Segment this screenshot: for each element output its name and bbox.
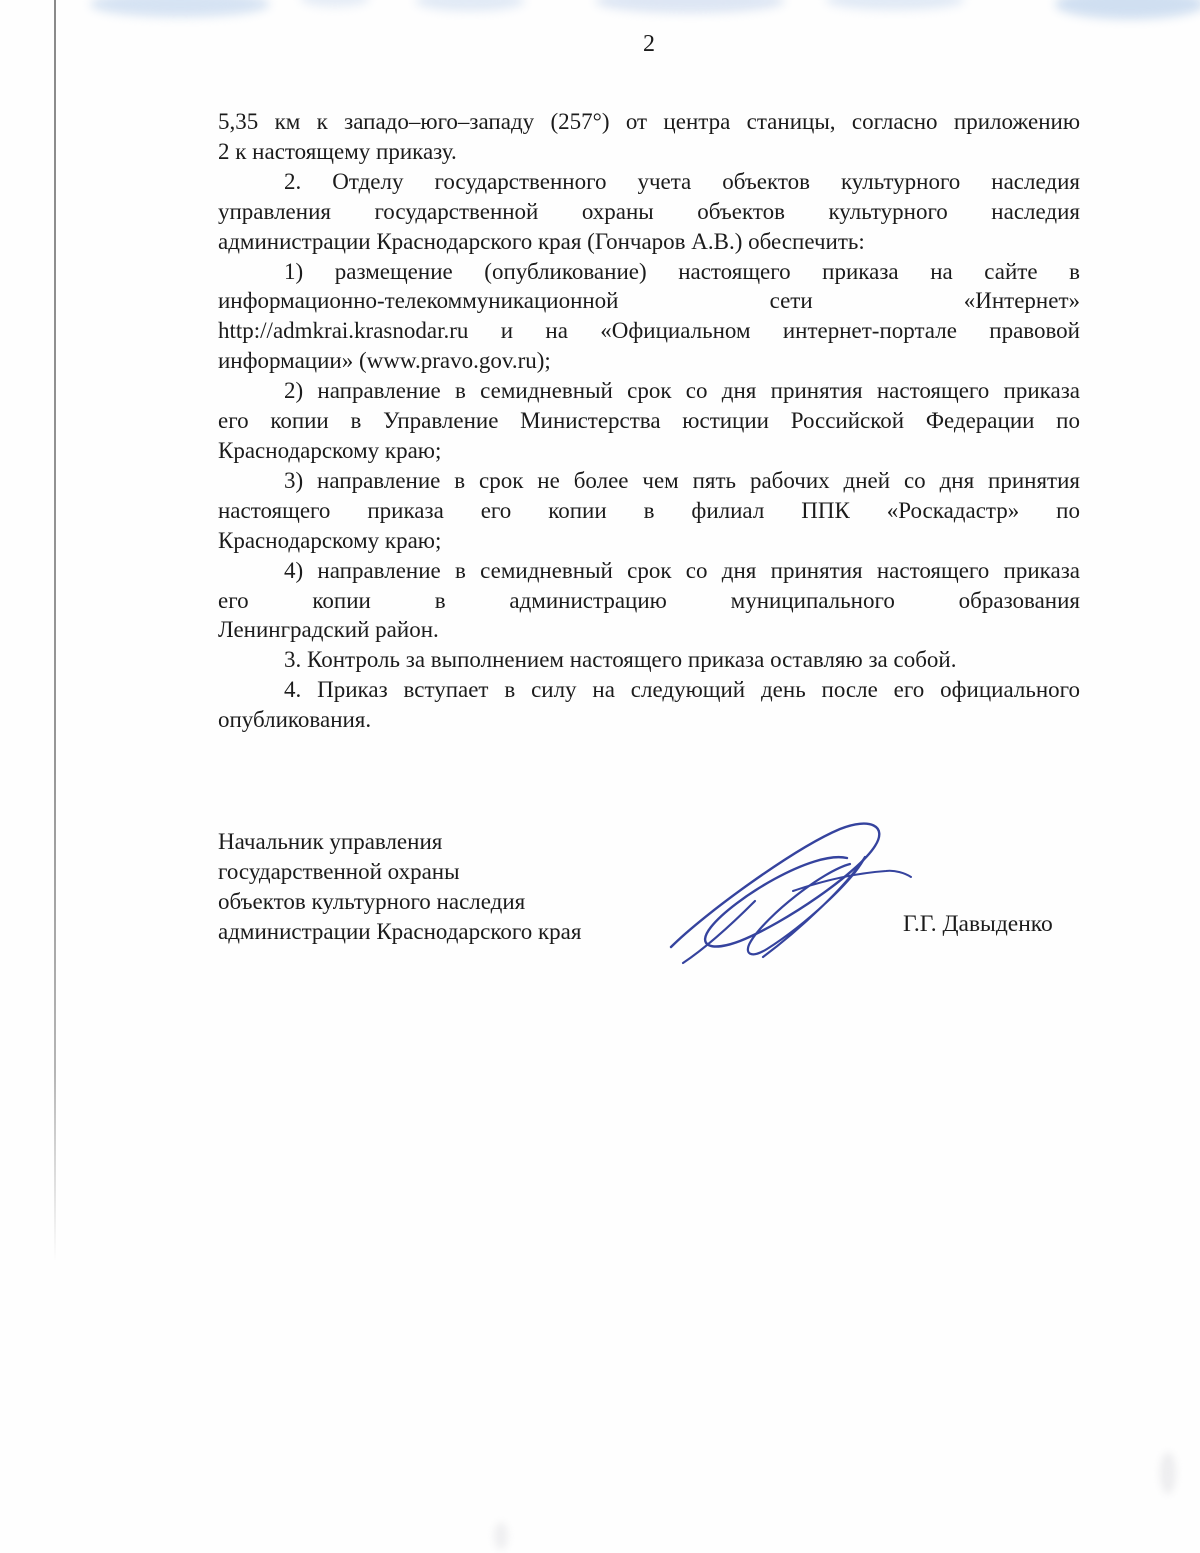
body-line: http://admkrai.krasnodar.ru и на «Официа…: [218, 316, 1080, 346]
scan-smudge: [1160, 1452, 1176, 1494]
signatory-title-line: объектов культурного наследия: [218, 887, 698, 917]
body-line: 2 к настоящему приказу.: [218, 137, 1080, 167]
body-line: 2) направление в семидневный срок со дня…: [218, 376, 1080, 406]
signature-stroke: [671, 824, 879, 947]
page-number: 2: [218, 31, 1080, 58]
body-line: 2. Отделу государственного учета объекто…: [218, 167, 1080, 197]
body-line: 5,35 км к западо–юго–западу (257°) от це…: [218, 107, 1080, 137]
body-line: опубликования.: [218, 705, 1080, 735]
body-line: управления государственной охраны объект…: [218, 197, 1080, 227]
signatory-name: Г.Г. Давыденко: [903, 911, 1053, 938]
scan-smudge: [300, 0, 370, 7]
scan-smudge: [595, 0, 785, 13]
signatory-title-line: государственной охраны: [218, 857, 698, 887]
scan-smudge: [825, 0, 965, 10]
body-line: 4. Приказ вступает в силу на следующий д…: [218, 675, 1080, 705]
signatory-title-line: администрации Краснодарского края: [218, 917, 698, 947]
scan-smudge: [1055, 0, 1200, 19]
document-body: 5,35 км к западо–юго–западу (257°) от це…: [218, 107, 1080, 735]
scan-smudge: [90, 0, 270, 17]
body-line: администрации Краснодарского края (Гонча…: [218, 227, 1080, 257]
scan-smudge: [494, 1522, 508, 1550]
body-line: настоящего приказа его копии в филиал ПП…: [218, 496, 1080, 526]
scan-smudge: [415, 0, 525, 11]
body-line: Ленинградский район.: [218, 615, 1080, 645]
body-line: Краснодарскому краю;: [218, 526, 1080, 556]
body-line: 1) размещение (опубликование) настоящего…: [218, 257, 1080, 287]
signature-ink: [643, 813, 913, 965]
body-line: 3) направление в срок не более чем пять …: [218, 466, 1080, 496]
body-line: Краснодарскому краю;: [218, 436, 1080, 466]
body-line: 4) направление в семидневный срок со дня…: [218, 556, 1080, 586]
body-line: его копии в Управление Министерства юсти…: [218, 406, 1080, 436]
signatory-title-line: Начальник управления: [218, 827, 698, 857]
body-line: его копии в администрацию муниципального…: [218, 586, 1080, 616]
scanned-document-page: 2 5,35 км к западо–юго–западу (257°) от …: [0, 0, 1200, 1553]
body-line: информационно-телекоммуникационной сети …: [218, 286, 1080, 316]
body-line: информации» (www.pravo.gov.ru);: [218, 346, 1080, 376]
page-edge-scan-line: [54, 0, 56, 1262]
signature-stroke: [683, 901, 755, 963]
signatory-title-block: Начальник управления государственной охр…: [218, 827, 698, 947]
body-line: 3. Контроль за выполнением настоящего пр…: [218, 645, 1080, 675]
